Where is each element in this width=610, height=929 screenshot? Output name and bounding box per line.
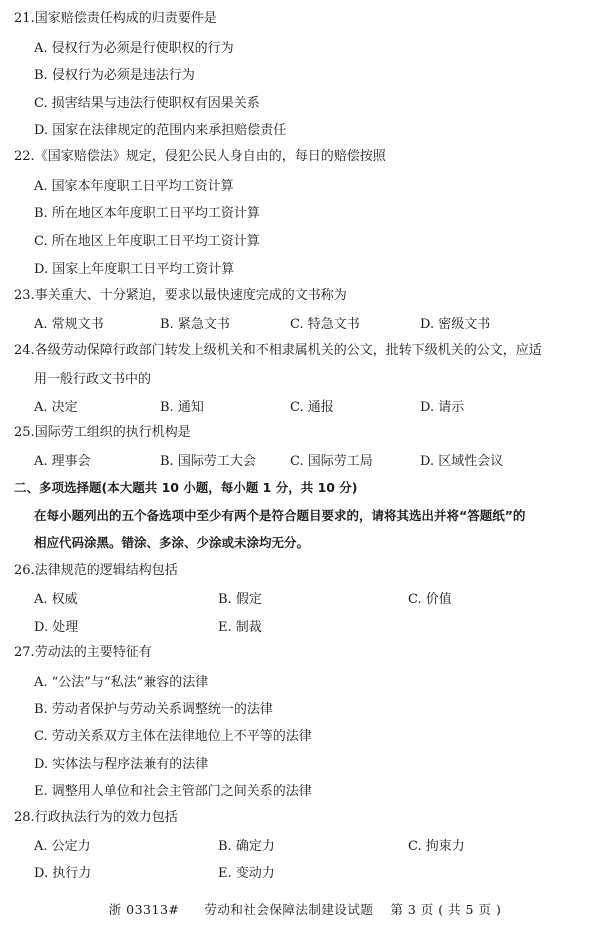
question-25-option-b: B. 国际劳工大会 bbox=[160, 450, 256, 469]
question-text: 劳动法的主要特征有 bbox=[35, 645, 152, 660]
question-text: 国际劳工组织的执行机构是 bbox=[35, 425, 191, 440]
question-28-option-b: B. 确定力 bbox=[218, 835, 275, 854]
question-26-option-a: A. 权威 bbox=[34, 588, 78, 607]
section-2-heading: 二、多项选择题(本大题共 10 小题，每小题 1 分，共 10 分) bbox=[14, 478, 358, 496]
question-24-option-b: B. 通知 bbox=[160, 396, 204, 415]
question-number: 26. bbox=[14, 563, 35, 578]
question-26-option-e: E. 制裁 bbox=[218, 616, 262, 635]
question-27-option-c: C. 劳动关系双方主体在法律地位上不平等的法律 bbox=[34, 725, 312, 744]
question-27-option-e: E. 调整用人单位和社会主管部门之间关系的法律 bbox=[34, 780, 312, 799]
section-2-instruction-line-1: 在每小题列出的五个备选项中至少有两个是符合题目要求的，请将其选出并将“答题纸”的 bbox=[34, 506, 525, 524]
page-number: 第 3 页 ( 共 5 页 ) bbox=[390, 902, 501, 917]
question-text: 国家赔偿责任构成的归责要件是 bbox=[35, 11, 217, 26]
page-footer: 浙 03313# 劳动和社会保障法制建设试题 第 3 页 ( 共 5 页 ) bbox=[0, 900, 610, 918]
question-25-option-c: C. 国际劳工局 bbox=[290, 450, 373, 469]
question-28-option-e: E. 变动力 bbox=[218, 862, 275, 881]
question-21-stem: 21.国家赔偿责任构成的归责要件是 bbox=[14, 9, 610, 29]
question-number: 24. bbox=[14, 343, 35, 358]
question-23-option-b: B. 紧急文书 bbox=[160, 313, 230, 332]
question-28-option-d: D. 执行力 bbox=[34, 862, 91, 881]
question-number: 27. bbox=[14, 645, 35, 660]
question-21-option-d: D. 国家在法律规定的范围内来承担赔偿责任 bbox=[34, 119, 286, 138]
question-28-stem: 28.行政执法行为的效力包括 bbox=[14, 808, 610, 828]
question-26-option-b: B. 假定 bbox=[218, 588, 262, 607]
question-23-option-a: A. 常规文书 bbox=[34, 313, 104, 332]
question-22-option-c: C. 所在地区上年度职工日平均工资计算 bbox=[34, 230, 260, 249]
question-21-option-b: B. 侵权行为必须是违法行为 bbox=[34, 64, 195, 83]
question-number: 21. bbox=[14, 11, 35, 26]
question-28-option-c: C. 拘束力 bbox=[408, 835, 465, 854]
question-26-option-c: C. 价值 bbox=[408, 588, 452, 607]
question-27-stem: 27.劳动法的主要特征有 bbox=[14, 643, 610, 663]
question-number: 25. bbox=[14, 425, 35, 440]
question-26-option-d: D. 处理 bbox=[34, 616, 78, 635]
question-24-option-a: A. 决定 bbox=[34, 396, 78, 415]
question-text: 事关重大、十分紧迫，要求以最快速度完成的文书称为 bbox=[35, 288, 347, 303]
question-25-option-a: A. 理事会 bbox=[34, 450, 91, 469]
question-25-option-d: D. 区域性会议 bbox=[420, 450, 503, 469]
question-24-stem-continued: 用一般行政文书中的 bbox=[34, 368, 151, 387]
exam-code: 浙 03313# bbox=[109, 902, 180, 917]
question-25-stem: 25.国际劳工组织的执行机构是 bbox=[14, 423, 610, 443]
section-2-instruction-line-2: 相应代码涂黑。错涂、多涂、少涂或未涂均无分。 bbox=[34, 533, 309, 551]
question-24-option-d: D. 请示 bbox=[420, 396, 464, 415]
question-22-stem: 22.《国家赔偿法》规定，侵犯公民人身自由的，每日的赔偿按照 bbox=[14, 147, 610, 167]
question-number: 28. bbox=[14, 810, 35, 825]
question-number: 22. bbox=[14, 149, 35, 164]
question-text: 行政执法行为的效力包括 bbox=[35, 810, 178, 825]
question-26-stem: 26.法律规范的逻辑结构包括 bbox=[14, 561, 610, 581]
question-24-stem: 24.各级劳动保障行政部门转发上级机关和不相隶属机关的公文，批转下级机关的公文，… bbox=[14, 341, 610, 361]
question-23-stem: 23.事关重大、十分紧迫，要求以最快速度完成的文书称为 bbox=[14, 286, 610, 306]
question-27-option-d: D. 实体法与程序法兼有的法律 bbox=[34, 753, 208, 772]
question-text: 各级劳动保障行政部门转发上级机关和不相隶属机关的公文，批转下级机关的公文，应适 bbox=[35, 343, 542, 358]
question-22-option-a: A. 国家本年度职工日平均工资计算 bbox=[34, 175, 234, 194]
question-23-option-d: D. 密级文书 bbox=[420, 313, 490, 332]
exam-title: 劳动和社会保障法制建设试题 bbox=[204, 902, 373, 917]
question-24-option-c: C. 通报 bbox=[290, 396, 334, 415]
question-22-option-b: B. 所在地区本年度职工日平均工资计算 bbox=[34, 202, 260, 221]
question-21-option-a: A. 侵权行为必须是行使职权的行为 bbox=[34, 37, 234, 56]
question-22-option-d: D. 国家上年度职工日平均工资计算 bbox=[34, 258, 234, 277]
question-27-option-a: A. “公法”与“私法”兼容的法律 bbox=[34, 671, 208, 690]
question-text: 《国家赔偿法》规定，侵犯公民人身自由的，每日的赔偿按照 bbox=[35, 149, 386, 164]
question-28-option-a: A. 公定力 bbox=[34, 835, 91, 854]
question-text: 法律规范的逻辑结构包括 bbox=[35, 563, 178, 578]
question-27-option-b: B. 劳动者保护与劳动关系调整统一的法律 bbox=[34, 698, 273, 717]
question-23-option-c: C. 特急文书 bbox=[290, 313, 360, 332]
question-number: 23. bbox=[14, 288, 35, 303]
question-21-option-c: C. 损害结果与违法行使职权有因果关系 bbox=[34, 92, 260, 111]
